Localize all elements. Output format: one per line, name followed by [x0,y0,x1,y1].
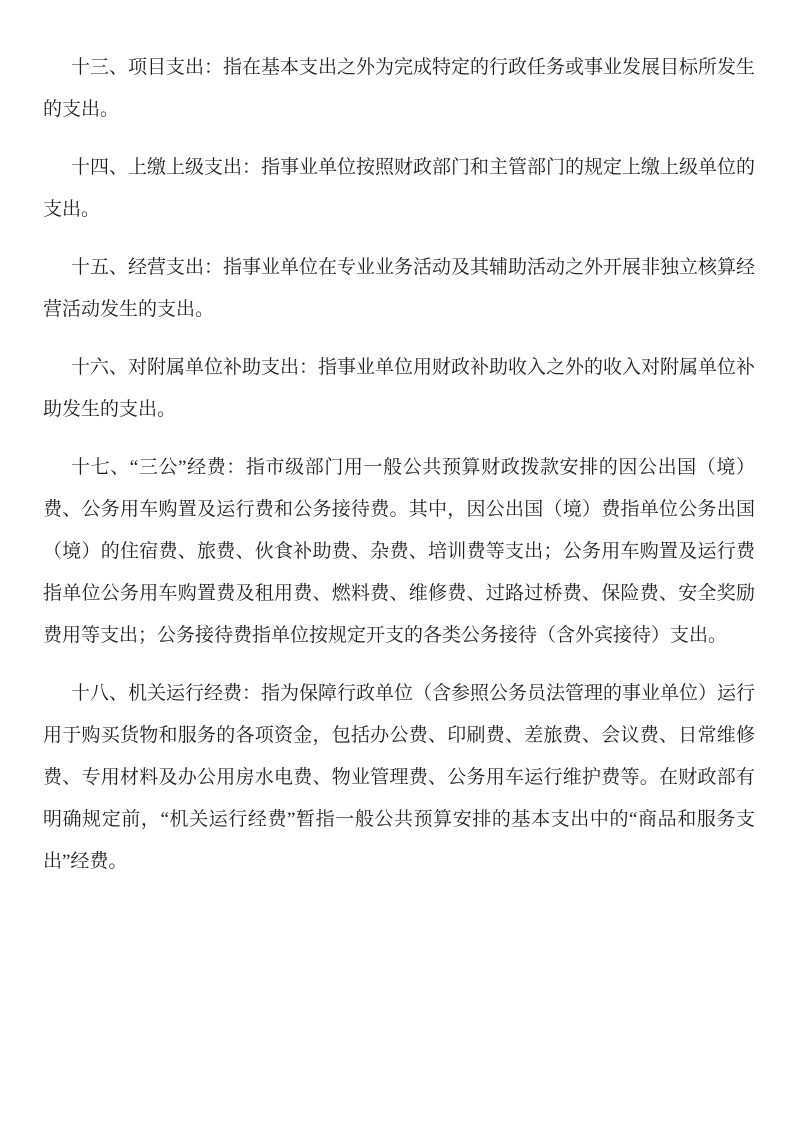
paragraph-item-15: 十五、经营支出：指事业单位在专业业务活动及其辅助活动之外开展非独立核算经营活动发… [43,247,755,331]
paragraph-item-14: 十四、上缴上级支出：指事业单位按照财政部门和主管部门的规定上缴上级单位的支出。 [43,147,755,231]
document-page: 十三、项目支出：指在基本支出之外为完成特定的行政任务或事业发展目标所发生的支出。… [0,0,793,1122]
paragraph-item-16: 十六、对附属单位补助支出：指事业单位用财政补助收入之外的收入对附属单位补助发生的… [43,347,755,431]
paragraph-item-18: 十八、机关运行经费：指为保障行政单位（含参照公务员法管理的事业单位）运行用于购买… [43,673,755,883]
paragraph-item-17: 十七、“三公”经费：指市级部门用一般公共预算财政拨款安排的因公出国（境）费、公务… [43,447,755,657]
paragraph-item-13: 十三、项目支出：指在基本支出之外为完成特定的行政任务或事业发展目标所发生的支出。 [43,47,755,131]
